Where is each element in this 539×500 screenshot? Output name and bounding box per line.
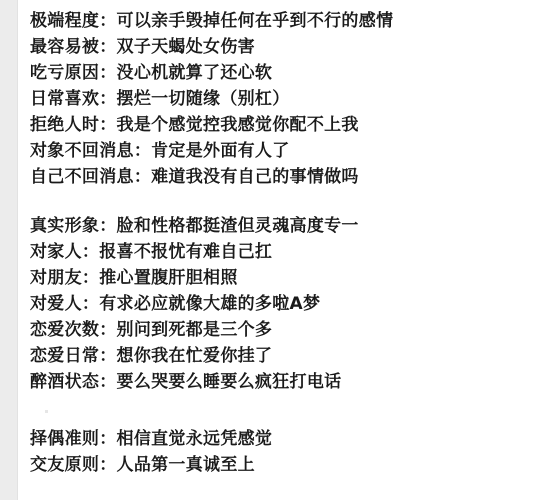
line-label: 日常喜欢: [30, 89, 99, 109]
line-label: 对家人: [30, 242, 82, 262]
line-value: 推心置腹肝胆相照: [99, 268, 237, 288]
line-separator: ：: [99, 346, 116, 366]
section-spacer: [30, 190, 539, 213]
line-value: 报喜不报忧有难自己扛: [99, 242, 272, 262]
line-label: 吃亏原因: [30, 63, 99, 83]
text-line: 拒绝人时：我是个感觉控我感觉你配不上我: [30, 112, 539, 138]
section-personality: 极端程度：可以亲手毁掉任何在乎到不行的感情 最容易被：双子天蝎处女伤害 吃亏原因…: [30, 8, 539, 190]
line-label: 恋爱日常: [30, 346, 99, 366]
text-line: 醉酒状态：要么哭要么睡要么疯狂打电话: [30, 369, 539, 395]
line-value: 肯定是外面有人了: [151, 141, 289, 161]
text-line: 极端程度：可以亲手毁掉任何在乎到不行的感情: [30, 8, 539, 34]
line-label: 自己不回消息: [30, 167, 134, 187]
text-line: 对朋友：推心置腹肝胆相照: [30, 265, 539, 291]
line-label: 对爱人: [30, 294, 82, 314]
text-line: 择偶准则：相信直觉永远凭感觉: [30, 426, 539, 452]
text-line: 恋爱日常：想你我在忙爱你挂了: [30, 343, 539, 369]
line-separator: ：: [99, 429, 116, 449]
line-value: 想你我在忙爱你挂了: [117, 346, 273, 366]
line-value: 要么哭要么睡要么疯狂打电话: [117, 372, 342, 392]
section-spacer: [30, 395, 539, 426]
text-line: 自己不回消息：难道我没有自己的事情做吗: [30, 164, 539, 190]
text-line: 真实形象：脸和性格都挺渣但灵魂高度专一: [30, 213, 539, 239]
line-separator: ：: [134, 167, 151, 187]
line-value: 人品第一真诚至上: [117, 455, 255, 475]
line-value: 脸和性格都挺渣但灵魂高度专一: [117, 216, 359, 236]
line-label: 醉酒状态: [30, 372, 99, 392]
line-separator: ：: [99, 320, 116, 340]
line-label: 真实形象: [30, 216, 99, 236]
line-value: 我是个感觉控我感觉你配不上我: [117, 115, 359, 135]
line-separator: ：: [99, 115, 116, 135]
line-label: 交友原则: [30, 455, 99, 475]
line-label: 对朋友: [30, 268, 82, 288]
line-value: 双子天蝎处女伤害: [117, 37, 255, 57]
text-document-page: 极端程度：可以亲手毁掉任何在乎到不行的感情 最容易被：双子天蝎处女伤害 吃亏原因…: [0, 0, 539, 500]
section-relationships: 真实形象：脸和性格都挺渣但灵魂高度专一 对家人：报喜不报忧有难自己扛 对朋友：推…: [30, 213, 539, 395]
text-line: 恋爱次数：别问到死都是三个多: [30, 317, 539, 343]
line-separator: ：: [82, 242, 99, 262]
line-separator: ：: [99, 216, 116, 236]
line-separator: ：: [99, 37, 116, 57]
text-line: 吃亏原因：没心机就算了还心软: [30, 60, 539, 86]
line-separator: ：: [99, 11, 116, 31]
text-line: 对象不回消息：肯定是外面有人了: [30, 138, 539, 164]
text-line: 日常喜欢：摆烂一切随缘（别杠）: [30, 86, 539, 112]
text-line: 交友原则：人品第一真诚至上: [30, 452, 539, 478]
text-line: 对爱人：有求必应就像大雄的多啦A梦: [30, 291, 539, 317]
line-label: 择偶准则: [30, 429, 99, 449]
line-value: 相信直觉永远凭感觉: [117, 429, 273, 449]
line-value: 摆烂一切随缘（别杠）: [117, 89, 290, 109]
line-separator: ：: [99, 455, 116, 475]
text-line: 最容易被：双子天蝎处女伤害: [30, 34, 539, 60]
left-gutter: [0, 0, 18, 500]
line-label: 恋爱次数: [30, 320, 99, 340]
line-separator: ：: [99, 372, 116, 392]
text-line: 对家人：报喜不报忧有难自己扛: [30, 239, 539, 265]
line-separator: ：: [82, 268, 99, 288]
section-principles: 择偶准则：相信直觉永远凭感觉 交友原则：人品第一真诚至上: [30, 426, 539, 478]
line-separator: ：: [99, 89, 116, 109]
line-value: 难道我没有自己的事情做吗: [151, 167, 359, 187]
line-value: 没心机就算了还心软: [117, 63, 273, 83]
line-separator: ：: [82, 294, 99, 314]
document-content: 极端程度：可以亲手毁掉任何在乎到不行的感情 最容易被：双子天蝎处女伤害 吃亏原因…: [30, 8, 539, 478]
line-label: 极端程度: [30, 11, 99, 31]
line-value: 有求必应就像大雄的多啦A梦: [99, 294, 320, 314]
line-label: 最容易被: [30, 37, 99, 57]
line-label: 拒绝人时: [30, 115, 99, 135]
line-value: 别问到死都是三个多: [117, 320, 273, 340]
line-separator: ：: [134, 141, 151, 161]
line-separator: ：: [99, 63, 116, 83]
line-value: 可以亲手毁掉任何在乎到不行的感情: [117, 11, 394, 31]
line-label: 对象不回消息: [30, 141, 134, 161]
